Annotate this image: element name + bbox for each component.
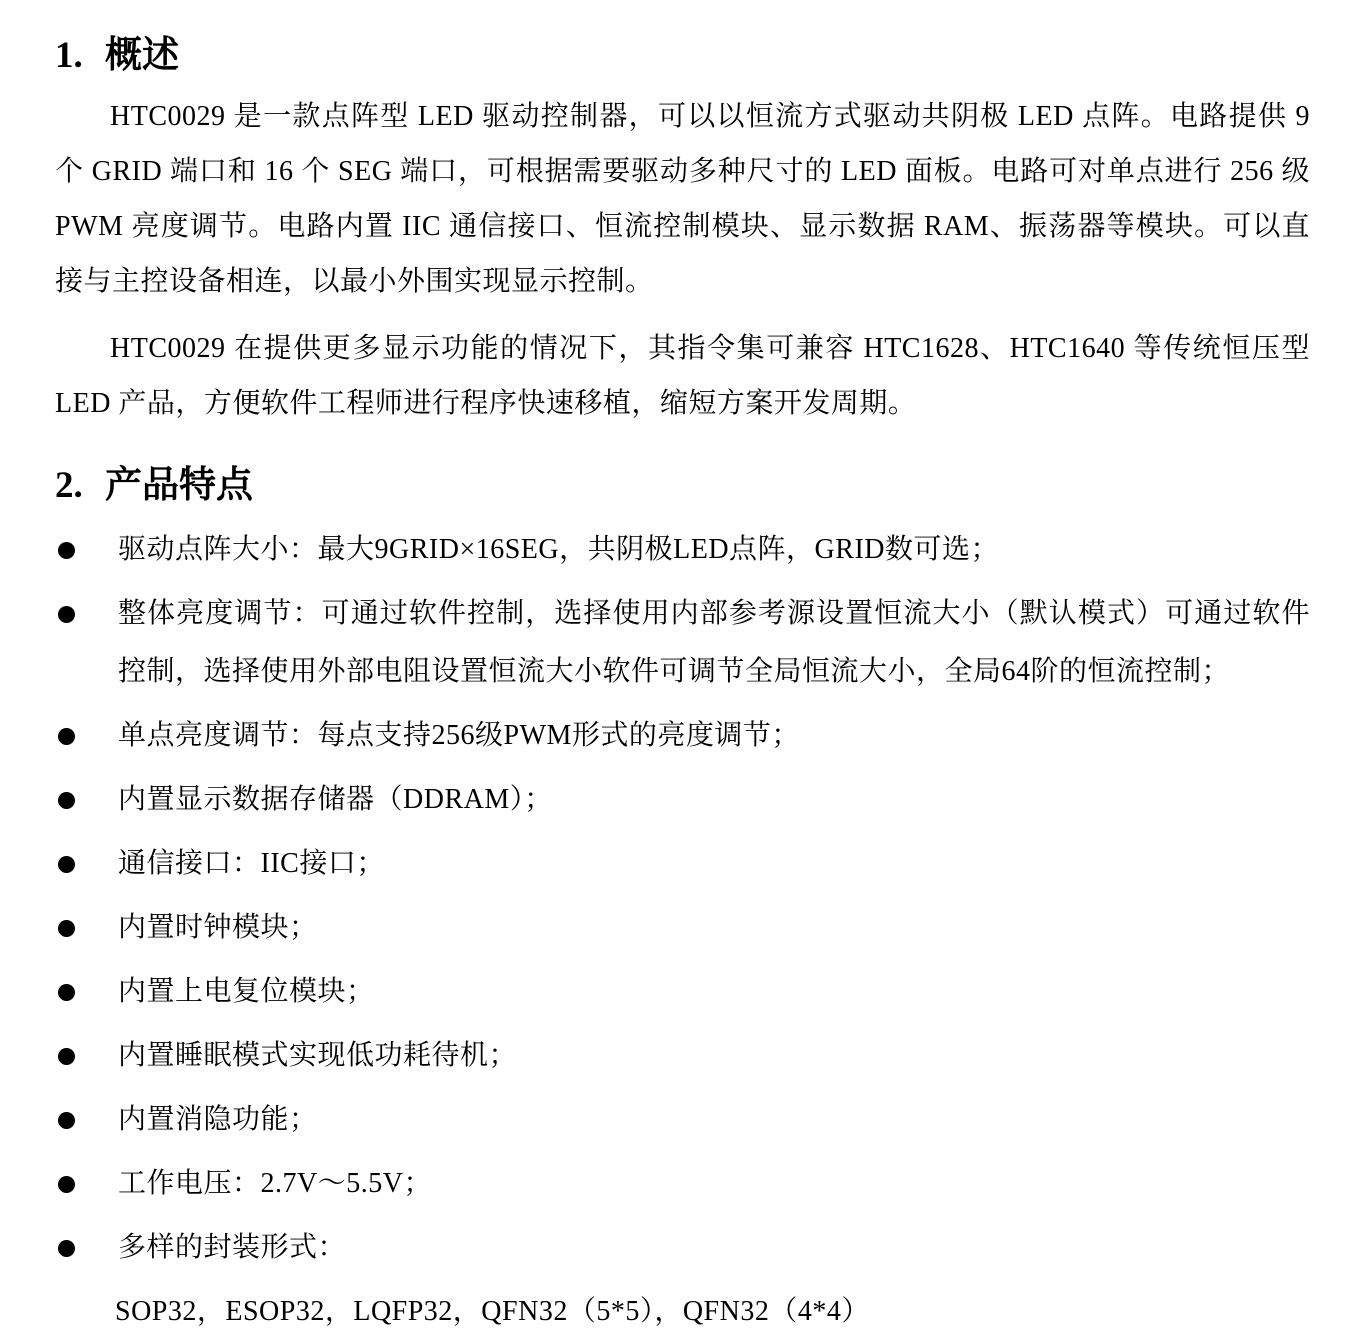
feature-text: 单点亮度调节：每点支持256级PWM形式的亮度调节； [118,707,1310,765]
bullet-icon [58,1240,75,1257]
bullet-icon [58,920,75,937]
feature-text: 内置时钟模块； [118,899,1310,957]
feature-list: 驱动点阵大小：最大9GRID×16SEG，共阴极LED点阵，GRID数可选； 整… [55,521,1310,1277]
feature-text: 工作电压：2.7V～5.5V； [118,1155,1310,1213]
feature-text: 内置消隐功能； [118,1091,1310,1149]
bullet-icon [58,606,75,623]
feature-text: 驱动点阵大小：最大9GRID×16SEG，共阴极LED点阵，GRID数可选； [118,521,1310,579]
bullet-icon [58,856,75,873]
feature-text: 内置睡眠模式实现低功耗待机； [118,1027,1310,1085]
list-item: 驱动点阵大小：最大9GRID×16SEG，共阴极LED点阵，GRID数可选； [55,521,1310,579]
feature-text: 内置上电复位模块； [118,963,1310,1021]
list-item: 内置时钟模块； [55,899,1310,957]
section-1-number: 1. [55,33,105,79]
bullet-icon [58,984,75,1001]
feature-text: 整体亮度调节：可通过软件控制，选择使用内部参考源设置恒流大小（默认模式）可通过软… [118,585,1310,701]
section-1-title: 概述 [105,33,179,79]
list-item: 工作电压：2.7V～5.5V； [55,1155,1310,1213]
bullet-icon [58,1176,75,1193]
bullet-icon [58,1112,75,1129]
section-1-heading: 1. 概述 [55,33,1310,79]
list-item: 内置上电复位模块； [55,963,1310,1021]
bullet-icon [58,792,75,809]
bullet-icon [58,1048,75,1065]
list-item: 整体亮度调节：可通过软件控制，选择使用内部参考源设置恒流大小（默认模式）可通过软… [55,585,1310,701]
feature-text: 多样的封装形式： [118,1219,1310,1277]
section-2-title: 产品特点 [105,463,253,509]
list-item: 内置显示数据存储器（DDRAM）； [55,771,1310,829]
feature-text: 内置显示数据存储器（DDRAM）； [118,771,1310,829]
document-page: 1. 概述 HTC0029 是一款点阵型 LED 驱动控制器，可以以恒流方式驱动… [0,0,1370,1341]
list-item: 多样的封装形式： [55,1219,1310,1277]
section-2-number: 2. [55,463,105,509]
section-2-heading: 2. 产品特点 [55,463,1310,509]
feature-text: 通信接口：IIC接口； [118,835,1310,893]
overview-paragraphs: HTC0029 是一款点阵型 LED 驱动控制器，可以以恒流方式驱动共阴极 LE… [55,89,1310,431]
bullet-icon [58,728,75,745]
list-item: 单点亮度调节：每点支持256级PWM形式的亮度调节； [55,707,1310,765]
package-options-line: SOP32，ESOP32，LQFP32，QFN32（5*5），QFN32（4*4… [115,1283,1310,1341]
list-item: 通信接口：IIC接口； [55,835,1310,893]
bullet-icon [58,542,75,559]
list-item: 内置睡眠模式实现低功耗待机； [55,1027,1310,1085]
paragraph: HTC0029 是一款点阵型 LED 驱动控制器，可以以恒流方式驱动共阴极 LE… [55,89,1310,309]
list-item: 内置消隐功能； [55,1091,1310,1149]
paragraph: HTC0029 在提供更多显示功能的情况下，其指令集可兼容 HTC1628、HT… [55,321,1310,431]
